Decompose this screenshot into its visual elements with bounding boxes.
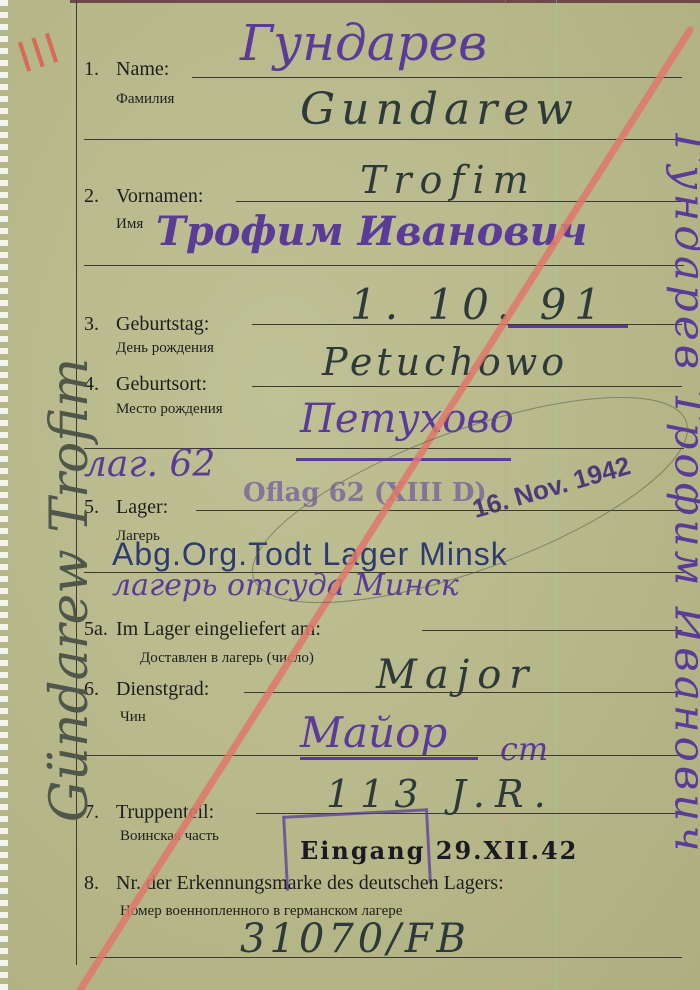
red-strike-line (0, 0, 700, 990)
pow-registration-card: III 1.Name: Фамилия Гундарев Gundarew 2.… (0, 0, 700, 990)
